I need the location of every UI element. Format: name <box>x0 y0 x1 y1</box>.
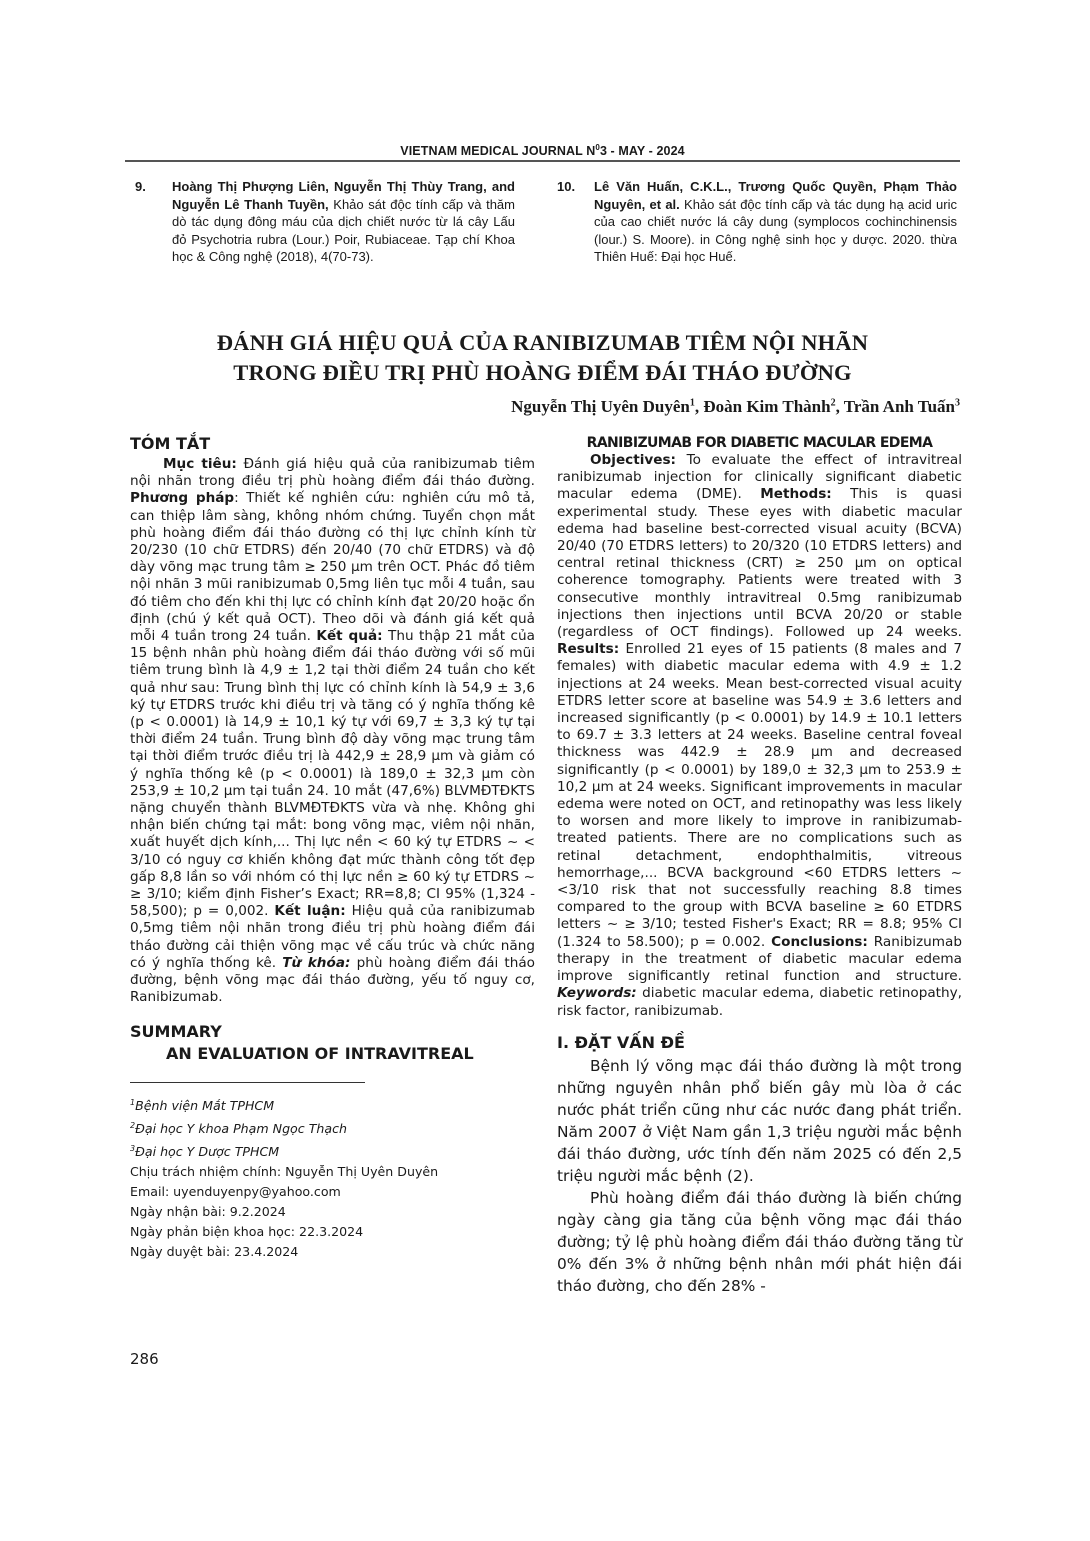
title-line-2: TRONG ĐIỀU TRỊ PHÙ HOÀNG ĐIỂM ĐÁI THÁO Đ… <box>125 358 960 388</box>
issue-date: 3 - MAY - 2024 <box>600 144 685 158</box>
reference-number: 9. <box>135 178 146 196</box>
author-separator: , <box>836 397 844 416</box>
article-title: ĐÁNH GIÁ HIỆU QUẢ CỦA RANIBIZUMAB TIÊM N… <box>125 328 960 388</box>
author-list: Nguyễn Thị Uyên Duyên1, Đoàn Kim Thành2,… <box>511 397 960 417</box>
summary-heading: SUMMARY <box>130 1021 535 1043</box>
introduction-heading: I. ĐẶT VẤN ĐỀ <box>557 1034 962 1051</box>
date-reviewed: Ngày phản biện khoa học: 22.3.2024 <box>130 1222 535 1242</box>
affiliation-2: 2Đại học Y khoa Phạm Ngọc Thạch <box>130 1116 535 1139</box>
abstract-vi-heading: TÓM TẮT <box>130 434 535 454</box>
text-methods: : Thiết kế nghiên cứu: nghiên cứu mô tả,… <box>130 490 535 644</box>
running-header: VIETNAM MEDICAL JOURNAL N03 - MAY - 2024 <box>125 143 960 158</box>
label-objective: Mục tiêu: <box>163 456 237 472</box>
label-keywords-en: Keywords: <box>557 985 637 1001</box>
author-affiliation-mark: 3 <box>955 397 960 408</box>
aff-text: Đại học Y Dược TPHCM <box>135 1144 279 1159</box>
author-name: Đoàn Kim Thành <box>703 397 830 416</box>
summary-body: Objectives: To evaluate the effect of in… <box>557 452 962 1020</box>
affiliation-3: 3Đại học Y Dược TPHCM <box>130 1139 535 1162</box>
introduction-paragraph: Phù hoàng điểm đái tháo đường là biến ch… <box>557 1187 962 1297</box>
date-accepted: Ngày duyệt bài: 23.4.2024 <box>130 1242 535 1262</box>
author-name: Nguyễn Thị Uyên Duyên <box>511 397 690 416</box>
text-results-en: Enrolled 21 eyes of 15 patients (8 males… <box>557 641 962 949</box>
reference-item: 9. Hoàng Thị Phượng Liên, Nguyễn Thị Thù… <box>135 178 515 266</box>
label-objectives: Objectives: <box>590 452 676 468</box>
label-results: Kết quả: <box>316 628 382 644</box>
label-results-en: Results: <box>557 641 619 657</box>
aff-text: Đại học Y khoa Phạm Ngọc Thạch <box>135 1121 347 1136</box>
corresponding-author: Chịu trách nhiệm chính: Nguyễn Thị Uyên … <box>130 1162 535 1182</box>
left-column: TÓM TẮT Mục tiêu: Đánh giá hiệu quả của … <box>130 430 535 1262</box>
label-methods: Phương pháp <box>130 490 234 506</box>
label-methods-en: Methods: <box>760 486 832 502</box>
reference-number: 10. <box>557 178 575 196</box>
reference-item: 10. Lê Văn Huấn, C.K.L., Trương Quốc Quy… <box>557 178 957 266</box>
aff-text: Bệnh viện Mắt TPHCM <box>135 1098 274 1113</box>
journal-name: VIETNAM MEDICAL JOURNAL N <box>400 144 595 158</box>
introduction-section: I. ĐẶT VẤN ĐỀ Bệnh lý võng mạc đái tháo … <box>557 1034 962 1297</box>
text-methods-en: This is quasi experimental study. These … <box>557 486 962 640</box>
title-line-1: ĐÁNH GIÁ HIỆU QUẢ CỦA RANIBIZUMAB TIÊM N… <box>125 328 960 358</box>
introduction-paragraph: Bệnh lý võng mạc đái tháo đường là một t… <box>557 1055 962 1187</box>
label-conclusions-en: Conclusions: <box>771 934 868 950</box>
date-received: Ngày nhận bài: 9.2.2024 <box>130 1202 535 1222</box>
author-name: Trần Anh Tuấn <box>844 397 955 416</box>
label-conclusion: Kết luận: <box>274 903 345 919</box>
text-results: Thu thập 21 mắt của 15 bệnh nhân phù hoà… <box>130 628 535 919</box>
abstract-vi-body: Mục tiêu: Đánh giá hiệu quả của ranibizu… <box>130 456 535 1007</box>
label-keywords: Từ khóa: <box>282 955 350 971</box>
footnotes: 1Bệnh viện Mắt TPHCM 2Đại học Y khoa Phạ… <box>130 1093 535 1263</box>
page-number: 286 <box>130 1350 159 1368</box>
affiliation-1: 1Bệnh viện Mắt TPHCM <box>130 1093 535 1116</box>
email: Email: uyenduyenpy@yahoo.com <box>130 1182 535 1202</box>
header-divider <box>125 160 960 162</box>
right-column: RANIBIZUMAB FOR DIABETIC MACULAR EDEMA O… <box>557 430 962 1297</box>
summary-title-part1: AN EVALUATION OF INTRAVITREAL <box>166 1043 535 1065</box>
summary-title-part2: RANIBIZUMAB FOR DIABETIC MACULAR EDEMA <box>557 434 962 452</box>
footnote-divider <box>130 1082 365 1083</box>
